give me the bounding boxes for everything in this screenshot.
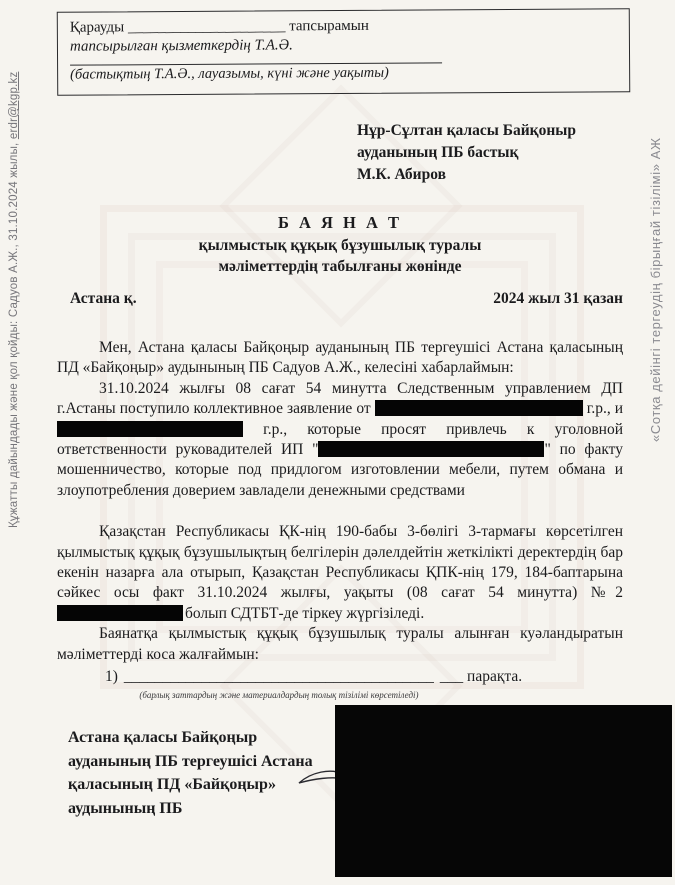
place-date-line: Астана қ. 2024 жыл 31 қазан <box>57 290 623 308</box>
paragraph-intro: Мен, Астана қаласы Байқоңыр ауданының ПБ… <box>57 338 623 379</box>
redaction-box-case-number <box>57 605 183 621</box>
right-margin-note-text: «Сотқа дейінгі тергеудің бірыңғай тізілі… <box>648 137 663 442</box>
document-place: Астана қ. <box>57 290 137 308</box>
legal-seg-1: Қазақстан Республикасы ҚК-нің 190-бабы 3… <box>57 523 623 601</box>
review-line-employee: тапсырылған қызметкердің Т.А.Ә. <box>70 35 617 55</box>
paragraph-intro-text: Мен, Астана қаласы Байқоңыр ауданының ПБ… <box>57 339 623 376</box>
statement-seg-2: г.р., и <box>587 400 623 417</box>
redaction-box-applicant-1 <box>375 400 583 416</box>
document-title-block: Б А Я Н А Т қылмыстық құқық бұзушылық ту… <box>57 212 623 277</box>
review-line-assign: Қарауды _____________________ тапсырамын <box>70 16 617 36</box>
redaction-box-applicant-2 <box>57 421 243 437</box>
left-margin-email: erdr@kgp.kz <box>8 72 20 140</box>
attachment-blank-column: ________________________________________… <box>124 667 434 705</box>
signature-line-1: Астана қаласы Байқоңыр <box>68 726 378 750</box>
addressee-line-2: ауданының ПБ бастық <box>357 142 637 164</box>
review-assignment-box: Қарауды _____________________ тапсырамын… <box>57 8 631 95</box>
document-date: 2024 жыл 31 қазан <box>493 290 623 308</box>
attachment-pages-blank: ___ парақта. <box>440 667 522 687</box>
legal-seg-2: болып СДТБТ-де тіркеу жүргізіледі. <box>185 605 424 622</box>
addressee-block: Нұр-Сұлтан қаласы Байқоныр ауданының ПБ … <box>357 120 637 186</box>
document-body: Мен, Астана қаласы Байқоңыр ауданының ПБ… <box>57 338 623 705</box>
paragraph-statement: 31.10.2024 жылғы 08 сағат 54 минутта Сле… <box>57 379 623 501</box>
paragraph-attachments: Баянатқа қылмыстық құқық бұзушылық турал… <box>57 624 623 665</box>
attachment-item-number: 1) <box>105 667 118 687</box>
paragraph-legal: Қазақстан Республикасы ҚК-нің 190-бабы 3… <box>57 522 623 624</box>
signature-line-4: аудынының ПБ <box>68 797 378 821</box>
redaction-box-company <box>318 441 544 457</box>
addressee-line-3: М.К. Абиров <box>357 164 637 186</box>
attachments-intro-text: Баянатқа қылмыстық құқық бұзушылық турал… <box>57 625 623 662</box>
scanned-document-page: Құжатты дайындады және қол қойды: Садуов… <box>0 0 675 885</box>
document-subtitle-1: қылмыстық құқық бұзушылық туралы <box>57 235 623 256</box>
left-margin-note: Құжатты дайындады және қол қойды: Садуов… <box>8 72 20 528</box>
attachment-item-row: 1) _____________________________________… <box>57 667 623 705</box>
attachment-blank-caption: (барлық заттардың және материалдардың то… <box>139 685 418 705</box>
document-subtitle-2: мәліметтердің табылғаны жөнінде <box>57 256 623 277</box>
addressee-line-1: Нұр-Сұлтан қаласы Байқоныр <box>357 120 637 142</box>
left-margin-note-text: Құжатты дайындады және қол қойды: Садуов… <box>8 143 20 528</box>
redaction-box-signature-area <box>335 705 672 877</box>
document-title: Б А Я Н А Т <box>57 212 623 233</box>
right-margin-note: «Сотқа дейінгі тергеудің бірыңғай тізілі… <box>648 137 663 442</box>
review-line-caption: (бастықтың Т.А.Ә., лауазымы, күні және у… <box>70 63 617 83</box>
